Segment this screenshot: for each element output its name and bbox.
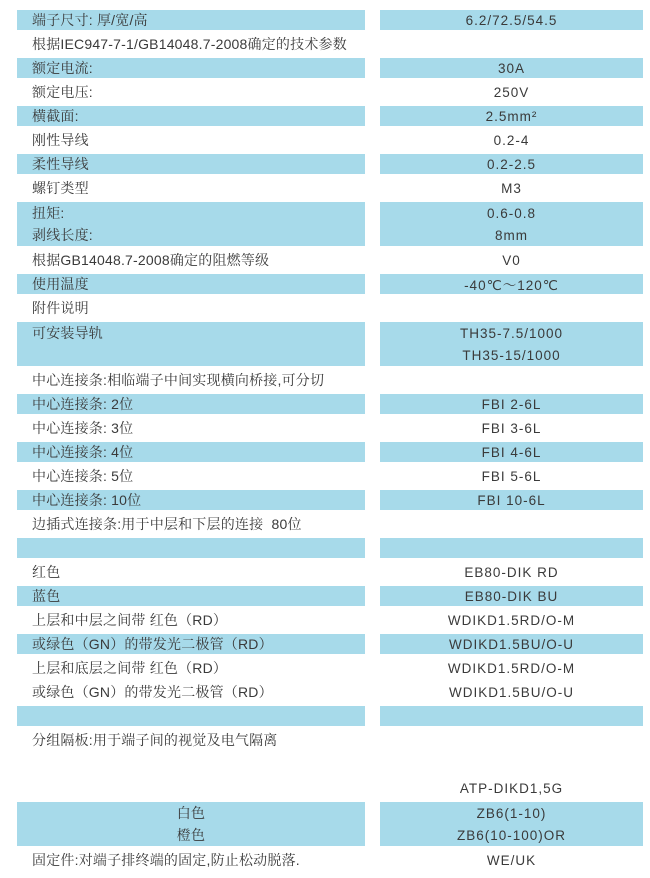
spec-label-cell: 中心连接条: 5位	[17, 466, 365, 486]
spec-value-cell: WDIKD1.5RD/O-M	[380, 610, 643, 630]
spec-label-text: 中心连接条: 10位	[32, 490, 141, 510]
spec-label-text: 中心连接条: 2位	[32, 394, 133, 414]
spec-label-cell	[17, 754, 365, 774]
table-row: 中心连接条:相临端子中间实现横向桥接,可分切	[0, 368, 650, 392]
spec-label-cell: 上层和中层之间带 红色（RD）	[17, 610, 365, 630]
spec-label-text: 端子尺寸: 厚/宽/高	[32, 10, 148, 30]
spec-label-text: 扭矩:	[32, 203, 65, 223]
table-row: 使用温度 -40℃～120℃	[0, 272, 650, 296]
spec-value-cell: EB80-DIK BU	[380, 586, 643, 606]
spec-label-cell	[17, 538, 365, 558]
table-row: 橙色 ZB6(10-100)OR	[0, 824, 650, 848]
spec-value-cell: WE/UK	[380, 850, 643, 870]
spec-label-cell: 橙色	[17, 824, 365, 846]
spec-value-cell: 2.5mm²	[380, 106, 643, 126]
spec-value-cell: 6.2/72.5/54.5	[380, 10, 643, 30]
spec-label-text: 中心连接条:相临端子中间实现横向桥接,可分切	[32, 370, 324, 390]
spec-value-text: FBI 2-6L	[482, 397, 542, 412]
spec-value-cell: FBI 3-6L	[380, 418, 643, 438]
spec-label-cell: 蓝色	[17, 586, 365, 606]
spec-label-text: 或绿色（GN）的带发光二极管（RD）	[32, 682, 273, 702]
spec-label-cell: 使用温度	[17, 274, 365, 294]
table-row	[0, 752, 650, 776]
spec-value-cell	[380, 706, 643, 726]
spec-label-cell: 中心连接条: 4位	[17, 442, 365, 462]
spec-label-cell	[17, 344, 365, 366]
spec-label-text: 刚性导线	[32, 130, 89, 150]
spec-label-text: 根据GB14048.7-2008确定的阻燃等级	[32, 250, 269, 270]
table-row: ATP-DIKD1,5G	[0, 776, 650, 800]
spec-label-cell: 白色	[17, 802, 365, 824]
spec-value-text: FBI 5-6L	[482, 469, 542, 484]
spec-value-cell	[380, 730, 643, 750]
spec-label-cell: 扭矩:	[17, 202, 365, 224]
table-row: 额定电流: 30A	[0, 56, 650, 80]
spec-label-cell: 中心连接条: 10位	[17, 490, 365, 510]
spec-label-text: 边插式连接条:用于中层和下层的连接 80位	[32, 514, 302, 534]
table-row: 上层和中层之间带 红色（RD） WDIKD1.5RD/O-M	[0, 608, 650, 632]
spec-label-cell: 螺钉类型	[17, 178, 365, 198]
table-row: 刚性导线 0.2-4	[0, 128, 650, 152]
spec-value-cell: FBI 2-6L	[380, 394, 643, 414]
table-row	[0, 704, 650, 728]
spec-value-cell: V0	[380, 250, 643, 270]
spec-value-cell: WDIKD1.5BU/O-U	[380, 634, 643, 654]
spec-label-cell	[17, 706, 365, 726]
spec-label-cell: 横截面:	[17, 106, 365, 126]
table-row: 螺钉类型 M3	[0, 176, 650, 200]
spec-value-cell: ATP-DIKD1,5G	[380, 778, 643, 798]
spec-label-text: 横截面:	[32, 106, 79, 126]
table-row: 固定件:对端子排终端的固定,防止松动脱落. WE/UK	[0, 848, 650, 872]
spec-value-text: FBI 10-6L	[477, 493, 545, 508]
spec-label-cell: 固定件:对端子排终端的固定,防止松动脱落.	[17, 850, 365, 870]
spec-value-cell: -40℃～120℃	[380, 274, 643, 294]
spec-value-cell	[380, 370, 643, 390]
spec-label-text: 蓝色	[32, 586, 60, 606]
spec-label-cell: 边插式连接条:用于中层和下层的连接 80位	[17, 514, 365, 534]
spec-value-cell: WDIKD1.5BU/O-U	[380, 682, 643, 702]
spec-value-text: WDIKD1.5BU/O-U	[449, 637, 574, 652]
table-row: 中心连接条: 5位 FBI 5-6L	[0, 464, 650, 488]
spec-value-cell	[380, 514, 643, 534]
spec-value-text: ZB6(10-100)OR	[457, 828, 566, 843]
spec-label-cell: 额定电压:	[17, 82, 365, 102]
spec-label-text: 柔性导线	[32, 154, 89, 174]
table-row: 根据GB14048.7-2008确定的阻燃等级 V0	[0, 248, 650, 272]
table-row: 白色 ZB6(1-10)	[0, 800, 650, 824]
spec-value-cell	[380, 538, 643, 558]
spec-value-text: 2.5mm²	[486, 109, 538, 124]
spec-table: 端子尺寸: 厚/宽/高 6.2/72.5/54.5 根据IEC947-7-1/G…	[0, 0, 650, 872]
spec-label-text: 可安装导轨	[32, 323, 103, 343]
spec-value-cell: FBI 10-6L	[380, 490, 643, 510]
spec-label-text: 使用温度	[32, 274, 89, 294]
table-row: 柔性导线 0.2-2.5	[0, 152, 650, 176]
spec-label-text: 上层和底层之间带 红色（RD）	[32, 658, 227, 678]
spec-label-text: 橙色	[177, 825, 205, 845]
spec-value-cell: 0.2-4	[380, 130, 643, 150]
spec-value-text: 0.2-2.5	[487, 157, 536, 172]
spec-label-text: 上层和中层之间带 红色（RD）	[32, 610, 227, 630]
spec-value-cell: ZB6(1-10)	[380, 802, 643, 824]
spec-value-text: 0.6-0.8	[487, 206, 536, 221]
spec-value-text: FBI 3-6L	[482, 421, 542, 436]
table-row: 分组隔板:用于端子间的视觉及电气隔离	[0, 728, 650, 752]
spec-label-text: 中心连接条: 3位	[32, 418, 133, 438]
table-row: 根据IEC947-7-1/GB14048.7-2008确定的技术参数	[0, 32, 650, 56]
spec-label-cell: 根据IEC947-7-1/GB14048.7-2008确定的技术参数	[17, 34, 365, 54]
table-row: 红色 EB80-DIK RD	[0, 560, 650, 584]
spec-label-text: 额定电压:	[32, 82, 93, 102]
spec-value-cell: ZB6(10-100)OR	[380, 824, 643, 846]
spec-value-text: EB80-DIK RD	[464, 565, 558, 580]
spec-label-cell: 柔性导线	[17, 154, 365, 174]
spec-label-text: 中心连接条: 4位	[32, 442, 133, 462]
spec-label-cell: 中心连接条: 2位	[17, 394, 365, 414]
table-row: 横截面: 2.5mm²	[0, 104, 650, 128]
table-row: 端子尺寸: 厚/宽/高 6.2/72.5/54.5	[0, 8, 650, 32]
table-row: 扭矩: 0.6-0.8	[0, 200, 650, 224]
table-row: 附件说明	[0, 296, 650, 320]
spec-label-text: 红色	[32, 562, 60, 582]
spec-label-cell: 端子尺寸: 厚/宽/高	[17, 10, 365, 30]
spec-label-text: 固定件:对端子排终端的固定,防止松动脱落.	[32, 850, 300, 870]
table-row: 上层和底层之间带 红色（RD） WDIKD1.5RD/O-M	[0, 656, 650, 680]
spec-label-cell: 中心连接条:相临端子中间实现横向桥接,可分切	[17, 370, 365, 390]
spec-value-cell	[380, 298, 643, 318]
table-row: 额定电压: 250V	[0, 80, 650, 104]
spec-label-cell: 分组隔板:用于端子间的视觉及电气隔离	[17, 730, 365, 750]
table-row: 边插式连接条:用于中层和下层的连接 80位	[0, 512, 650, 536]
spec-value-cell: FBI 4-6L	[380, 442, 643, 462]
spec-value-text: WE/UK	[487, 853, 536, 868]
datasheet-page: 端子尺寸: 厚/宽/高 6.2/72.5/54.5 根据IEC947-7-1/G…	[0, 0, 650, 878]
spec-value-text: EB80-DIK BU	[465, 589, 559, 604]
spec-value-text: WDIKD1.5RD/O-M	[448, 613, 575, 628]
spec-label-text: 剥线长度:	[32, 225, 93, 245]
spec-value-text: 30A	[498, 61, 525, 76]
spec-value-cell: EB80-DIK RD	[380, 562, 643, 582]
table-row: 或绿色（GN）的带发光二极管（RD） WDIKD1.5BU/O-U	[0, 680, 650, 704]
spec-value-text: FBI 4-6L	[482, 445, 542, 460]
spec-value-text: 0.2-4	[494, 133, 530, 148]
spec-value-cell: 0.2-2.5	[380, 154, 643, 174]
spec-value-text: ZB6(1-10)	[477, 806, 547, 821]
spec-value-cell: 30A	[380, 58, 643, 78]
spec-value-text: ATP-DIKD1,5G	[460, 781, 563, 796]
table-row: 中心连接条: 3位 FBI 3-6L	[0, 416, 650, 440]
spec-label-cell: 红色	[17, 562, 365, 582]
spec-value-text: 250V	[494, 85, 530, 100]
spec-label-text: 白色	[177, 803, 205, 823]
spec-value-cell	[380, 34, 643, 54]
table-row	[0, 536, 650, 560]
table-row: 中心连接条: 2位 FBI 2-6L	[0, 392, 650, 416]
spec-label-text: 螺钉类型	[32, 178, 89, 198]
spec-label-text: 附件说明	[32, 298, 89, 318]
spec-label-cell: 或绿色（GN）的带发光二极管（RD）	[17, 634, 365, 654]
spec-label-cell	[17, 778, 365, 798]
spec-value-text: 6.2/72.5/54.5	[466, 13, 558, 28]
spec-value-text: TH35-15/1000	[462, 348, 560, 363]
spec-label-cell: 额定电流:	[17, 58, 365, 78]
table-row: 剥线长度: 8mm	[0, 224, 650, 248]
table-row: 蓝色 EB80-DIK BU	[0, 584, 650, 608]
spec-label-cell: 附件说明	[17, 298, 365, 318]
spec-value-cell: 250V	[380, 82, 643, 102]
spec-value-cell: TH35-15/1000	[380, 344, 643, 366]
table-row: 或绿色（GN）的带发光二极管（RD） WDIKD1.5BU/O-U	[0, 632, 650, 656]
spec-label-cell: 刚性导线	[17, 130, 365, 150]
spec-value-cell: M3	[380, 178, 643, 198]
spec-value-text: -40℃～120℃	[464, 274, 559, 294]
spec-label-cell: 或绿色（GN）的带发光二极管（RD）	[17, 682, 365, 702]
spec-label-text: 分组隔板:用于端子间的视觉及电气隔离	[32, 730, 278, 750]
spec-value-cell	[380, 754, 643, 774]
spec-label-cell: 根据GB14048.7-2008确定的阻燃等级	[17, 250, 365, 270]
spec-label-cell: 中心连接条: 3位	[17, 418, 365, 438]
spec-label-text: 或绿色（GN）的带发光二极管（RD）	[32, 634, 273, 654]
spec-label-cell: 可安装导轨	[17, 322, 365, 344]
spec-value-text: WDIKD1.5BU/O-U	[449, 685, 574, 700]
spec-value-cell: 8mm	[380, 224, 643, 246]
table-row: 中心连接条: 4位 FBI 4-6L	[0, 440, 650, 464]
spec-value-text: WDIKD1.5RD/O-M	[448, 661, 575, 676]
spec-value-text: TH35-7.5/1000	[460, 326, 563, 341]
spec-label-text: 额定电流:	[32, 58, 93, 78]
spec-value-text: 8mm	[495, 228, 528, 243]
spec-value-cell: 0.6-0.8	[380, 202, 643, 224]
spec-value-cell: FBI 5-6L	[380, 466, 643, 486]
spec-label-text: 根据IEC947-7-1/GB14048.7-2008确定的技术参数	[32, 34, 347, 54]
spec-label-cell: 上层和底层之间带 红色（RD）	[17, 658, 365, 678]
table-row: 可安装导轨 TH35-7.5/1000	[0, 320, 650, 344]
spec-value-cell: WDIKD1.5RD/O-M	[380, 658, 643, 678]
spec-value-text: V0	[502, 253, 521, 268]
table-row: 中心连接条: 10位 FBI 10-6L	[0, 488, 650, 512]
spec-value-text: M3	[501, 181, 522, 196]
table-row: TH35-15/1000	[0, 344, 650, 368]
spec-value-cell: TH35-7.5/1000	[380, 322, 643, 344]
spec-label-cell: 剥线长度:	[17, 224, 365, 246]
spec-label-text: 中心连接条: 5位	[32, 466, 133, 486]
